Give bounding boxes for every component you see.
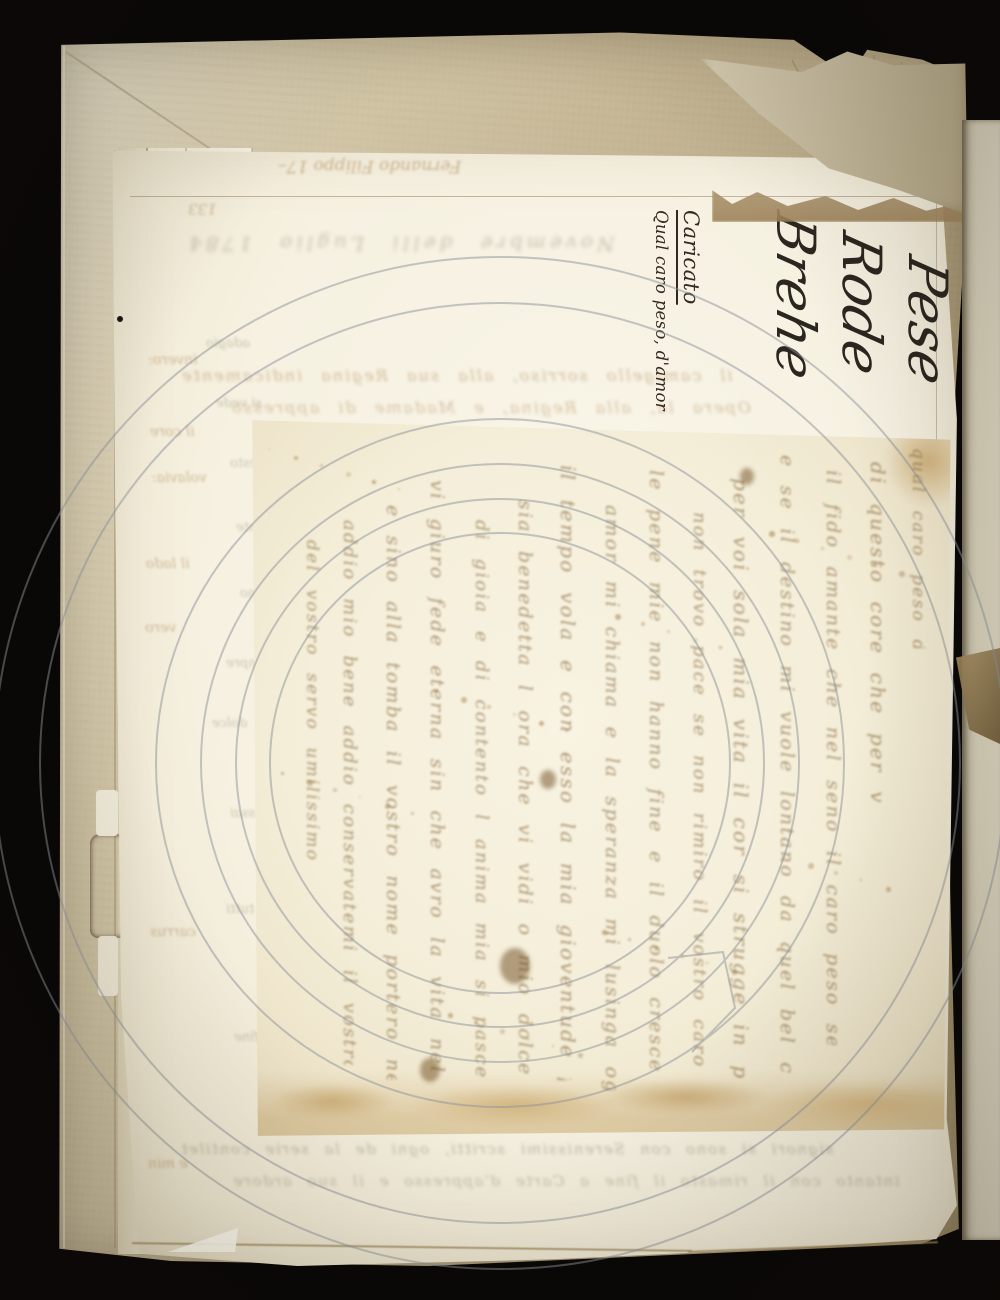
foxing-spot: [268, 448, 270, 450]
bleedthrough-column: di questo core che per voi sospira e gem…: [866, 462, 890, 802]
large-script-word: Pese: [894, 250, 960, 392]
foxing-spot: [500, 1029, 505, 1034]
foxing-spot: [411, 812, 414, 815]
foxing-spot: [552, 1045, 554, 1047]
foxing-spot: [821, 547, 824, 550]
foxing-spot: [461, 697, 467, 703]
bleedthrough-column: del vostro servo umilissimo: [298, 540, 322, 1010]
foxing-spot: [578, 1053, 583, 1058]
foxing-spot: [448, 1013, 453, 1018]
bleedthrough-column: qual caro peso di amor che il seno mi op…: [904, 448, 928, 648]
foxing-spot: [808, 863, 814, 869]
ink-blot: [740, 468, 754, 485]
bleedthrough-column: il fido amante che nel seno il caro peso…: [820, 470, 844, 1045]
foxing-spot: [294, 456, 298, 460]
foxing-spot: [719, 646, 722, 649]
bleedthrough-column: amor mi chiama e la speranza mi lusinga …: [599, 505, 623, 1090]
large-script-word: Rode: [828, 238, 894, 382]
foxing-spot: [847, 555, 852, 560]
bleedthrough-column: di gioia e di contento l anima mia si pa…: [468, 520, 492, 1080]
foxing-spot: [320, 464, 323, 467]
foxing-spot: [281, 772, 284, 775]
foxing-spot: [693, 638, 698, 643]
foxing-spot: [860, 879, 862, 881]
foxing-spot: [307, 780, 313, 786]
foxing-spot: [539, 721, 544, 726]
foxing-spot: [667, 630, 670, 633]
photo-stage: Fernando Filippo 17– 133 Novembre delli …: [0, 0, 1000, 1300]
paper-sliver: [98, 936, 118, 996]
foxing-spot: [899, 571, 905, 577]
caricato-label: Caricato: [679, 210, 703, 416]
large-script-word: Brehe: [762, 228, 828, 387]
ink-speck: [117, 316, 123, 322]
bleedthrough-column: e sino alla tomba il vostro nome portero…: [380, 505, 404, 1080]
foxing-spot: [474, 1021, 477, 1024]
foxing-spot: [732, 970, 737, 975]
foxing-spot: [398, 488, 400, 490]
caricato-block: Caricato Qual caro peso, d'amor: [641, 210, 703, 416]
bleedthrough-column: non trovo pace se non rimiro il vostro c…: [686, 512, 710, 1072]
foxing-spot: [372, 480, 376, 484]
foxing-spot: [513, 713, 516, 716]
foxing-spot: [834, 871, 838, 875]
bleedthrough-column: le pene mie non hanno fine e il duolo cr…: [643, 470, 667, 1080]
caricato-subtitle: Qual caro peso, d'amor: [652, 210, 671, 416]
foxing-spot: [769, 531, 775, 537]
foxing-spot: [602, 930, 607, 935]
paper-sliver: [96, 790, 118, 836]
foxing-spot: [333, 788, 337, 792]
bleedthrough-column: il tempo vola e con esso la mia gioventu…: [556, 465, 580, 1080]
ink-blot: [420, 1058, 440, 1082]
bleedthrough-column: addio mio bene addio conservatemi il vos…: [336, 520, 360, 1065]
foxing-spot: [346, 472, 351, 477]
foxing-spot: [873, 563, 877, 567]
foxing-spot: [628, 938, 631, 941]
foxing-spot: [680, 954, 684, 958]
letter-sheet: qual caro peso di amor che il seno mi op…: [248, 418, 954, 1138]
foxing-spot: [615, 614, 621, 620]
bleedthrough-column: vi giuro fede eterna sin che avro la vit…: [424, 480, 448, 1080]
ink-blot: [500, 948, 530, 984]
foxing-spot: [526, 1037, 530, 1041]
foxing-spot: [886, 887, 891, 892]
ink-blot: [540, 770, 556, 789]
bleedthrough-column: e se il destino mi vuole lontano da quel…: [774, 455, 798, 1075]
bleedthrough-column: per voi sola mia vita il cor si strugge …: [729, 478, 753, 1078]
large-script-block: Pese Rode Brehe: [755, 258, 960, 430]
foxing-spot: [795, 539, 799, 543]
bleedthrough-column: sia benedetta l ora che vi vidi o mio do…: [512, 500, 536, 1080]
foxing-spot: [385, 804, 390, 809]
